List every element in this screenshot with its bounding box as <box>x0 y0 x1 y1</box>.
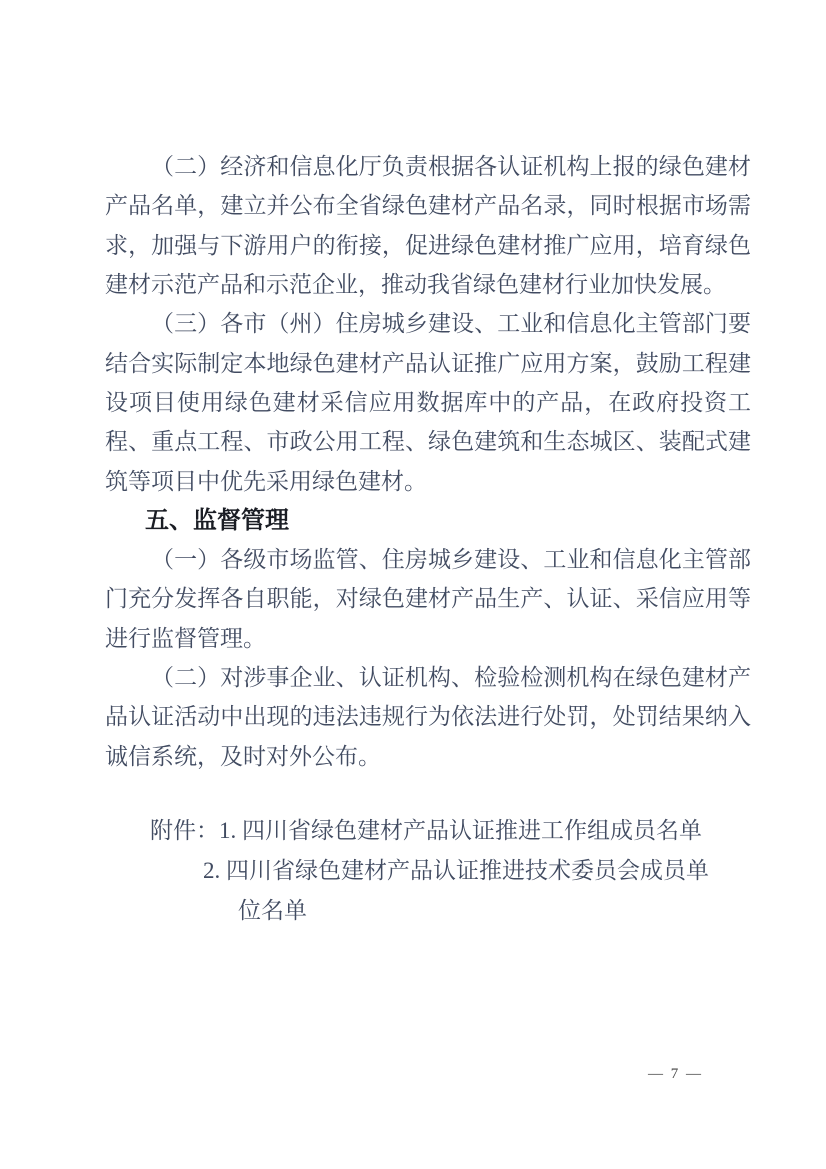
attachment-line: 2. 四川省绿色建材产品认证推进技术委员会成员单 <box>203 854 709 888</box>
attachment-line: 附件：1. 四川省绿色建材产品认证推进工作组成员名单 <box>150 814 702 848</box>
body-line: 结合实际制定本地绿色建材产品认证推广应用方案，鼓励工程建 <box>105 347 751 381</box>
page-number: — 7 — <box>648 1062 738 1086</box>
attachment-line: 位名单 <box>238 894 307 928</box>
body-line: （一）各级市场监管、住房城乡建设、工业和信息化主管部 <box>105 543 751 577</box>
body-line: （三）各市（州）住房城乡建设、工业和信息化主管部门要 <box>105 307 751 341</box>
body-line: 品认证活动中出现的违法违规行为依法进行处罚，处罚结果纳入 <box>105 700 751 734</box>
body-line: 设项目使用绿色建材采信应用数据库中的产品，在政府投资工 <box>105 386 751 420</box>
body-line: 门充分发挥各自职能，对绿色建材产品生产、认证、采信应用等 <box>105 582 751 616</box>
body-line: 程、重点工程、市政公用工程、绿色建筑和生态城区、装配式建 <box>105 425 751 459</box>
body-line: 筑等项目中优先采用绿色建材。 <box>105 465 751 499</box>
section-heading: 五、监督管理 <box>105 504 751 538</box>
body-line: 求，加强与下游用户的衔接，促进绿色建材推广应用，培育绿色 <box>105 229 751 263</box>
document-page: （二）经济和信息化厅负责根据各认证机构上报的绿色建材 产品名单，建立并公布全省绿… <box>0 0 826 1169</box>
body-line: 进行监督管理。 <box>105 622 751 656</box>
body-line: 建材示范产品和示范企业，推动我省绿色建材行业加快发展。 <box>105 268 751 302</box>
body-line: 产品名单，建立并公布全省绿色建材产品名录，同时根据市场需 <box>105 189 751 223</box>
body-line: （二）经济和信息化厅负责根据各认证机构上报的绿色建材 <box>105 150 751 184</box>
body-line: （二）对涉事企业、认证机构、检验检测机构在绿色建材产 <box>105 661 751 695</box>
body-line: 诚信系统，及时对外公布。 <box>105 740 751 774</box>
